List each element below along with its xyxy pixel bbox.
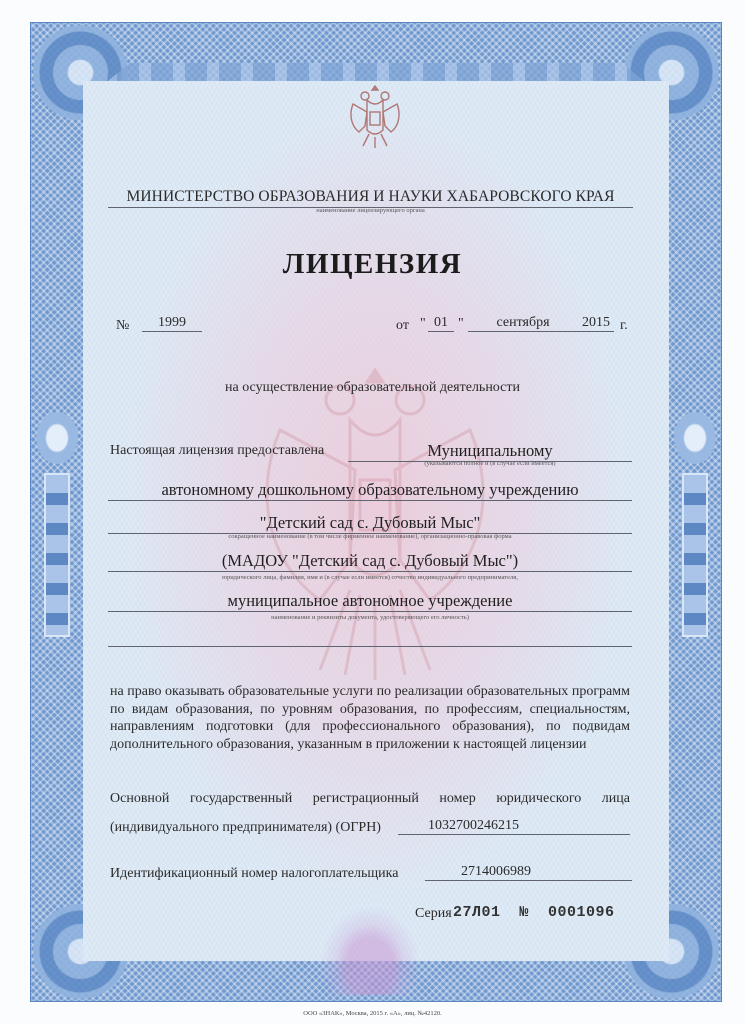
date-prefix: от: [396, 318, 409, 334]
ogrn-label-line-2: (индивидуального предпринимателя) (ОГРН): [110, 820, 381, 836]
holder-caption-4: юридического лица, фамилия, имя и (в слу…: [108, 574, 632, 581]
issuer-caption: наименование лицензирующего органа: [108, 207, 633, 214]
quote-open: ": [420, 316, 426, 332]
date-suffix: г.: [620, 318, 628, 334]
inn-label: Идентификационный номер налогоплательщик…: [110, 866, 398, 882]
printer-note: ООО «ЗНАК», Москва, 2015 г. «А», лиц. №4…: [0, 1010, 745, 1017]
series-label: Серия: [415, 906, 452, 922]
holder-line-5: муниципальное автономное учреждение: [108, 591, 632, 612]
license-number: 1999: [142, 315, 202, 332]
rights-text: на право оказывать образовательные услуг…: [110, 683, 630, 753]
license-number-label: №: [116, 318, 129, 334]
side-ornament-panel: [44, 473, 70, 637]
holder-line-3: "Детский сад с. Дубовый Мыс": [108, 513, 632, 534]
holder-blank-line: [108, 632, 632, 647]
date-year: 2015: [578, 315, 614, 332]
holder-caption-5: наименование и реквизиты документа, удос…: [108, 614, 632, 621]
date-day: 01: [428, 315, 454, 332]
rosette-guilloche-icon: [315, 900, 425, 995]
coat-of-arms-icon: [345, 82, 405, 152]
holder-line-2: автономному дошкольному образовательному…: [108, 480, 632, 501]
date-month: сентября: [468, 315, 578, 332]
page-title: ЛИЦЕНЗИЯ: [0, 248, 745, 281]
celtic-knot-icon: [33, 408, 81, 468]
series-number: 27Л01 № 0001096: [453, 904, 615, 921]
granted-label: Настоящая лицензия предоставлена: [110, 443, 324, 459]
holder-line-4: (МАДОУ "Детский сад с. Дубовый Мыс"): [108, 551, 632, 572]
ogrn-label-line-1: Основной государственный регистрационный…: [110, 791, 630, 807]
holder-caption-3: сокращенное наименование (в том числе фи…: [108, 533, 632, 540]
ogrn-value: 1032700246215: [398, 818, 630, 835]
inn-value: 2714006989: [425, 864, 632, 881]
license-purpose: на осуществление образовательной деятель…: [0, 380, 745, 396]
celtic-knot-icon: [671, 408, 719, 468]
issuer-name: МИНИСТЕРСТВО ОБРАЗОВАНИЯ И НАУКИ ХАБАРОВ…: [108, 188, 633, 208]
side-ornament-panel: [682, 473, 708, 637]
holder-caption-1: (указываются полное и (в случае если име…: [348, 460, 632, 467]
quote-close: ": [458, 316, 464, 332]
holder-line-1: Муниципальному: [348, 441, 632, 462]
